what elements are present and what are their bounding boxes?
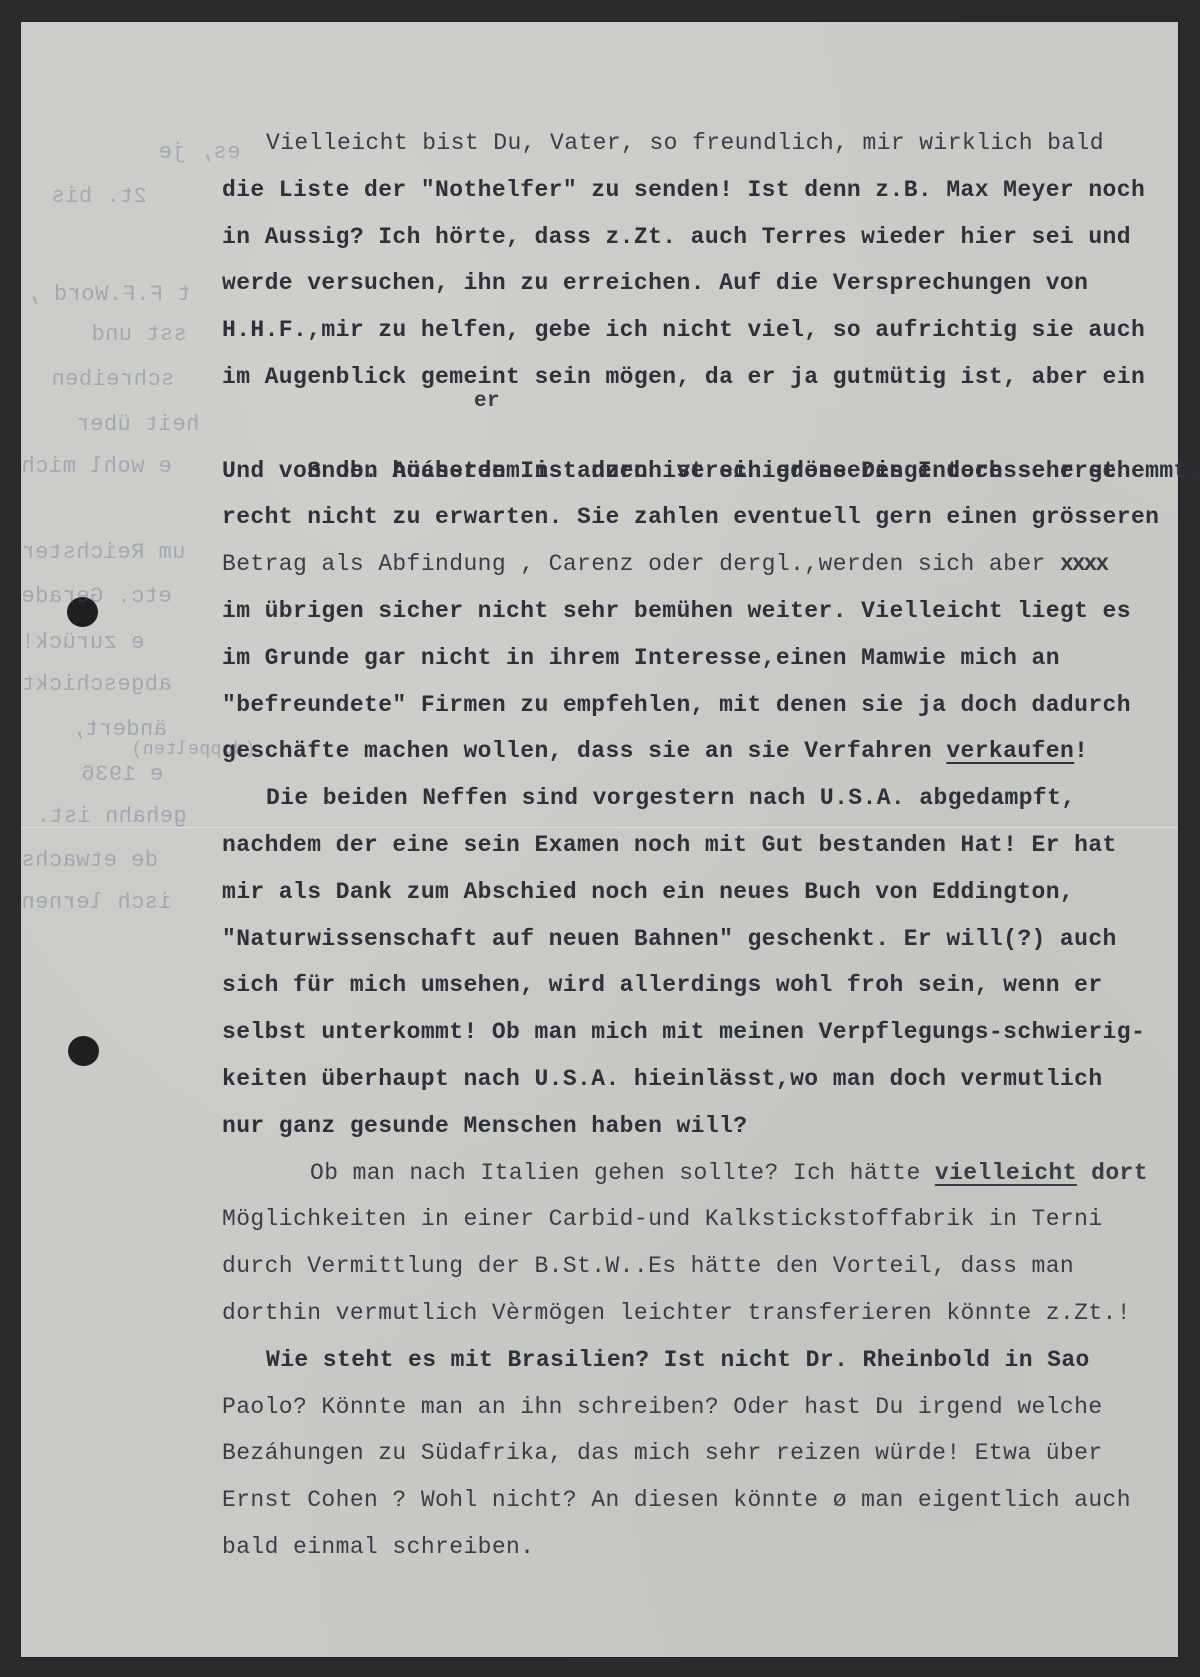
text-line: bald einmal schreiben. [222,1524,1152,1571]
text-line-content: geschäfte machen wollen, dass sie an sie… [222,738,946,764]
bleed-through-text: sst und [91,322,187,347]
bleed-through-text: um Reichster [21,540,185,565]
text-line: in Aussig? Ich hörte, dass z.Zt. auch Te… [222,214,1152,261]
bleed-through-text: isch lernen [21,890,172,915]
text-line: "befreundete" Firmen zu empfehlen, mit d… [222,682,1152,729]
bleed-through-text: gehahn ist. [36,804,187,829]
letter-page: es, je 2t. bis t F.F.Word , sst und schr… [21,22,1178,1657]
text-line: durch Vermittlung der B.St.W..Es hätte d… [222,1243,1152,1290]
bleed-through-text: de etwachs [21,848,158,873]
text-line-content: Betrag als Abfindung , Carenz oder dergl… [222,551,1060,577]
bleed-through-text: heit über [76,412,199,437]
bleed-through-text: t F.F.Word , [26,282,190,307]
text-line: keiten überhaupt nach U.S.A. hieinlässt,… [222,1056,1152,1103]
text-line: mir als Dank zum Abschied noch ein neues… [222,869,1152,916]
text-line: die Liste der "Nothelfer" zu senden! Ist… [222,167,1152,214]
text-line: im Grunde gar nicht in ihrem Interesse,e… [222,635,1152,682]
text-line: dorthin vermutlich Vèrmögen leichter tra… [222,1290,1152,1337]
text-line: Möglichkeiten in einer Carbid-und Kalkst… [222,1196,1152,1243]
text-line: Bezáhungen zu Südafrika, das mich sehr r… [222,1430,1152,1477]
underlined-word: verkaufen [946,738,1074,764]
text-line: Die beiden Neffen sind vorgestern nach U… [222,775,1152,822]
bleed-through-text: abgeschickt [21,672,172,697]
text-line-content: dort [1077,1160,1148,1186]
text-line: sich für mich umsehen, wird allerdings w… [222,962,1152,1009]
text-line: recht nicht zu erwarten. Sie zahlen even… [222,494,1152,541]
text-line: Vielleicht bist Du, Vater, so freundlich… [222,120,1152,167]
struck-out-text: xxxx [1060,551,1107,577]
text-line: Wie steht es mit Brasilien? Ist nicht Dr… [222,1337,1152,1384]
text-line: H.H.F.,mir zu helfen, gebe ich nicht vie… [222,307,1152,354]
text-line: "Naturwissenschaft auf neuen Bahnen" ges… [222,916,1152,963]
bleed-through-text: ändert, [71,717,167,742]
bleed-through-text: 2t. bis [51,184,147,209]
text-line: Paolo? Könnte man an ihn schreiben? Oder… [222,1384,1152,1431]
text-line: nur ganz gesunde Menschen haben will? [222,1103,1152,1150]
bleed-through-text: e zurück! [21,630,144,655]
text-line: nachdem der eine sein Examen noch mit Gu… [222,822,1152,869]
bleed-through-text: e wohl mich [21,454,172,479]
text-line: selbst unterkommt! Ob man mich mit meine… [222,1009,1152,1056]
text-line-content: Ob man nach Italien gehen sollte? Ich hä… [310,1160,935,1186]
hole-punch-lower [68,1036,99,1066]
text-line: Ob man nach Italien gehen sollte? Ich hä… [222,1150,1152,1197]
interlinear-insert: er [474,379,500,426]
letter-body: Vielleicht bist Du, Vater, so freundlich… [222,120,1152,1571]
text-line: werde versuchen, ihn zu erreichen. Auf d… [222,260,1152,307]
text-line: Und von den höchsten Instanzen ist ein g… [222,448,1152,495]
text-line: Ernst Cohen ? Wohl nicht? An diesen könn… [222,1477,1152,1524]
text-line: im Augenblick gemeint sein mögen, da er … [222,354,1152,401]
bleed-through-text: etc. Gerade [21,584,172,609]
text-line: im übrigen sicher nicht sehr bemühen wei… [222,588,1152,635]
underlined-word: vielleicht [935,1160,1077,1186]
bleed-through-text: schreiben [51,367,174,392]
bleed-through-text: e 1936 [81,762,163,787]
text-line: geschäfte machen wollen, dass sie an sie… [222,728,1152,775]
text-line-with-insert: erSnob. Auáserdem ist durch verschiedene… [222,401,1152,448]
trailing-punctuation: ! [1074,738,1088,764]
text-line: Betrag als Abfindung , Carenz oder dergl… [222,541,1152,588]
